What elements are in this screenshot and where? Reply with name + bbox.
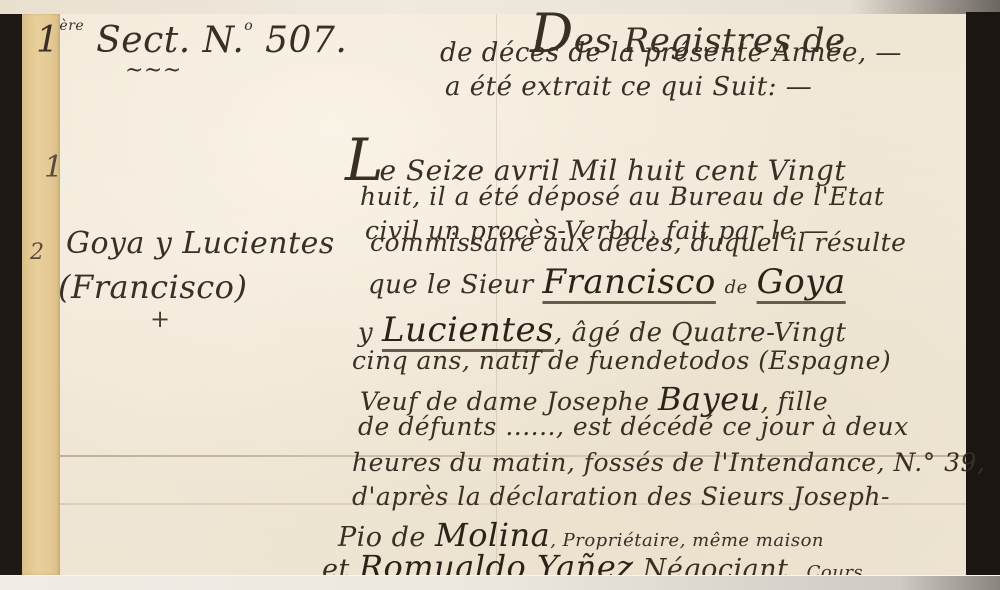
margin-mark-one: 1 — [44, 150, 64, 185]
number-label: N. — [203, 20, 245, 61]
line-text: de — [725, 277, 748, 298]
body-line-7: que le Sieur Francisco de Goya — [368, 262, 846, 302]
body-line-2: a été extrait ce qui Suit: — — [445, 72, 812, 102]
deceased-surname: Goya — [757, 262, 846, 302]
body-line-4: huit, il a été déposé au Bureau de l'Eta… — [360, 182, 884, 211]
body-line-11: de défunts ......, est décédé ce jour à … — [358, 412, 909, 441]
line-text: que le Sieur — [368, 270, 534, 300]
section-superscript: ère — [59, 18, 84, 34]
margin-given-name: (Francisco) — [58, 268, 247, 306]
left-binding — [0, 14, 22, 575]
body-line-12: heures du matin, fossés de l'Intendance,… — [352, 448, 985, 477]
body-line-8: y Lucientes, âgé de Quatre-Vingt — [358, 310, 846, 350]
body-line-9: cinq ans, natif de fuendetodos (Espagne) — [352, 346, 891, 375]
body-line-6: commissaire aux décès, duquel il résulte — [370, 228, 906, 257]
record-number: 507. — [265, 20, 347, 61]
section-label: Sect. — [96, 20, 191, 61]
number-superscript: o — [244, 18, 253, 34]
flourish-mark: ~~~ — [125, 58, 182, 83]
body-line-13: d'après la déclaration des Sieurs Joseph… — [352, 482, 890, 511]
section-prefix: 1 — [36, 20, 59, 61]
margin-tape-strip — [22, 14, 60, 575]
margin-mark-two: 2 — [30, 240, 45, 265]
document-photo: 1ère Sect. N.o 507. ~~~ 1 2 Goya y Lucie… — [0, 0, 1000, 590]
bottom-border — [0, 575, 1000, 590]
body-line-1: de décès de la présente Année, — — [440, 38, 902, 68]
top-border — [0, 0, 1000, 14]
cross-mark: + — [150, 305, 171, 333]
deceased-second-surname: Lucientes — [382, 310, 554, 350]
deceased-given-name: Francisco — [542, 262, 715, 302]
margin-surname: Goya y Lucientes — [66, 226, 335, 261]
line-text: y — [358, 318, 373, 348]
line-text: , âgé de Quatre-Vingt — [554, 318, 846, 348]
section-number: 1ère Sect. N.o 507. — [36, 18, 347, 61]
right-background — [966, 12, 1000, 575]
